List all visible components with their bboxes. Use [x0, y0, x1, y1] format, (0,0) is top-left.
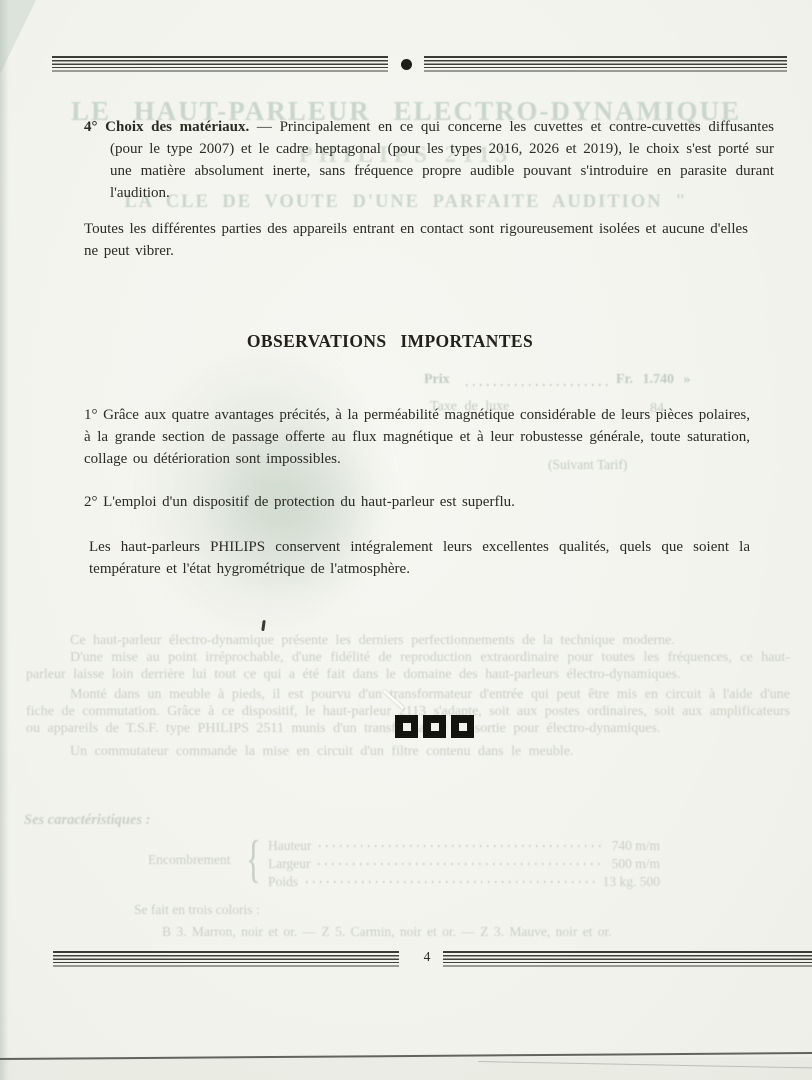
ghost-dim-value: 740 m/m [612, 838, 660, 854]
section-item-1: 1° Grâce aux quatre avantages précités, … [84, 404, 750, 470]
ghost-dim-row-hauteur: Hauteur 740 m/m [268, 838, 660, 854]
square-center [459, 723, 467, 731]
ghost-paragraphs: Ce haut-parleur électro-dynamique présen… [26, 633, 790, 761]
item-1-label: 1° [84, 407, 98, 423]
item-2-text: L'emploi d'un dispositif de protection d… [103, 494, 515, 510]
top-rule-dot-ornament [401, 59, 412, 70]
paragraph-philips: Les haut-parleurs PHILIPS conservent int… [89, 536, 750, 580]
top-rule-right-segment [424, 56, 787, 73]
scanner-area-below-page [0, 1057, 812, 1080]
ghost-paragraph-4: Un commutateur commande la mise en circu… [26, 744, 790, 761]
ghost-paragraph-1: Ce haut-parleur électro-dynamique présen… [26, 633, 790, 650]
bottom-rule-left-segment [53, 951, 399, 968]
item-2-label: 2° [84, 494, 98, 510]
ghost-brace: { [246, 830, 261, 889]
ghost-price-value: Fr. 1.740 » [616, 372, 690, 388]
ghost-dim-label: Largeur [268, 856, 310, 872]
scanned-document-page: LE HAUT-PARLEUR ELECTRO-DYNAMIQUE PHILIP… [0, 0, 812, 1080]
item-4-title: Choix des matériaux. [105, 119, 249, 135]
ghost-dim-row-poids: Poids 13 kg. 500 [268, 874, 660, 890]
ghost-paragraph-2: D'une mise au point irréprochable, d'une… [26, 650, 790, 684]
ghost-dim-leader [319, 845, 603, 847]
paragraph-isolation: Toutes les différentes parties des appar… [84, 218, 748, 262]
square-center [403, 723, 411, 731]
ghost-dim-label: Poids [268, 874, 298, 890]
ghost-caracteristiques-heading: Ses caractéristiques : [24, 812, 150, 829]
section-item-2: 2° L'emploi d'un dispositif de protectio… [84, 491, 750, 513]
ghost-coloris-line: B 3. Marron, noir et or. — Z 5. Carmin, … [162, 924, 612, 940]
ghost-price-leader [466, 384, 608, 386]
page-left-edge-shade [0, 0, 9, 1080]
square-ornament-icon [451, 715, 474, 738]
ghost-dim-value: 500 m/m [612, 856, 660, 872]
ghost-dim-leader [306, 881, 595, 883]
ghost-dim-row-largeur: Largeur 500 m/m [268, 856, 660, 872]
ghost-encombrement-label: Encombrement [148, 852, 230, 868]
item-4-label: 4° [84, 119, 98, 135]
square-center [431, 723, 439, 731]
heading-observations-importantes: OBSERVATIONS IMPORTANTES [190, 331, 590, 352]
bottom-rule-right-segment [443, 951, 812, 968]
scanner-background-corner [0, 0, 90, 90]
item-1-text: Grâce aux quatre avantages précités, à l… [84, 407, 750, 467]
section-item-4: 4° Choix des matériaux. — Principalement… [84, 116, 774, 204]
ghost-dim-value: 13 kg. 500 [603, 874, 660, 890]
squares-ornament [395, 715, 474, 738]
ghost-coloris-heading: Se fait en trois coloris : [134, 902, 260, 918]
ghost-price-label: Prix [424, 372, 450, 388]
square-ornament-icon [395, 715, 418, 738]
square-ornament-icon [423, 715, 446, 738]
top-rule-left-segment [52, 56, 388, 73]
ghost-dim-label: Hauteur [268, 838, 311, 854]
ghost-dim-leader [318, 863, 603, 865]
item-4-separator: — [257, 119, 272, 135]
page-number: 4 [413, 949, 441, 965]
